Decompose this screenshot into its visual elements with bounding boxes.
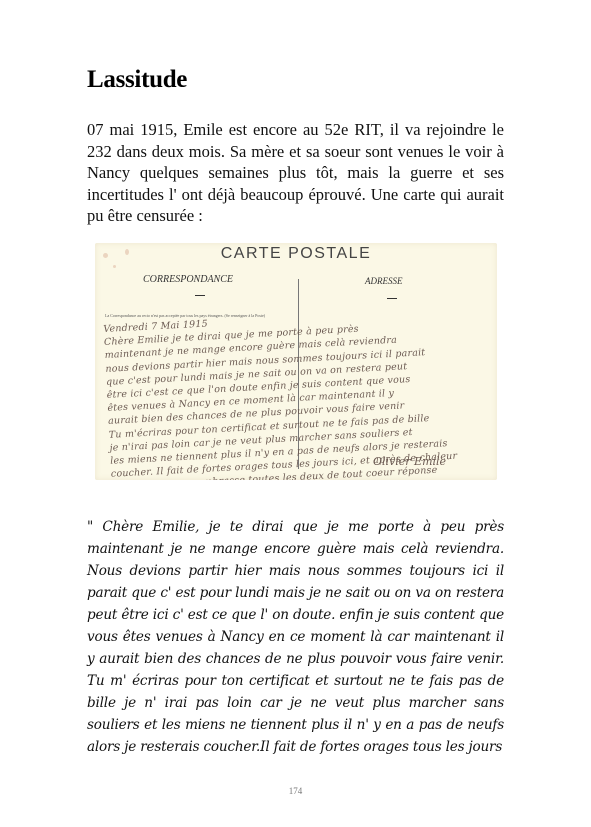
page-title: Lassitude	[87, 66, 187, 94]
postcard-correspondance-label: CORRESPONDANCE	[143, 274, 233, 285]
stain-mark	[113, 265, 116, 268]
document-page: Lassitude 07 mai 1915, Emile est encore …	[0, 0, 591, 827]
postcard-address-label: ADRESSE	[365, 276, 403, 286]
postcard-handwriting: Vendredi 7 Mai 1915 Chère Emilie je te d…	[103, 303, 497, 480]
postcard-image: CARTE POSTALE CORRESPONDANCE ADRESSE La …	[95, 243, 497, 480]
page-number: 174	[0, 786, 591, 796]
postcard-dash	[387, 298, 397, 299]
postcard-dash	[195, 295, 205, 296]
postcard-heading: CARTE POSTALE	[95, 245, 497, 263]
letter-transcription: " Chère Emilie, je te dirai que je me po…	[87, 516, 504, 758]
intro-paragraph: 07 mai 1915, Emile est encore au 52e RIT…	[87, 119, 504, 227]
postcard-signature: Olivier Emile	[373, 455, 446, 468]
